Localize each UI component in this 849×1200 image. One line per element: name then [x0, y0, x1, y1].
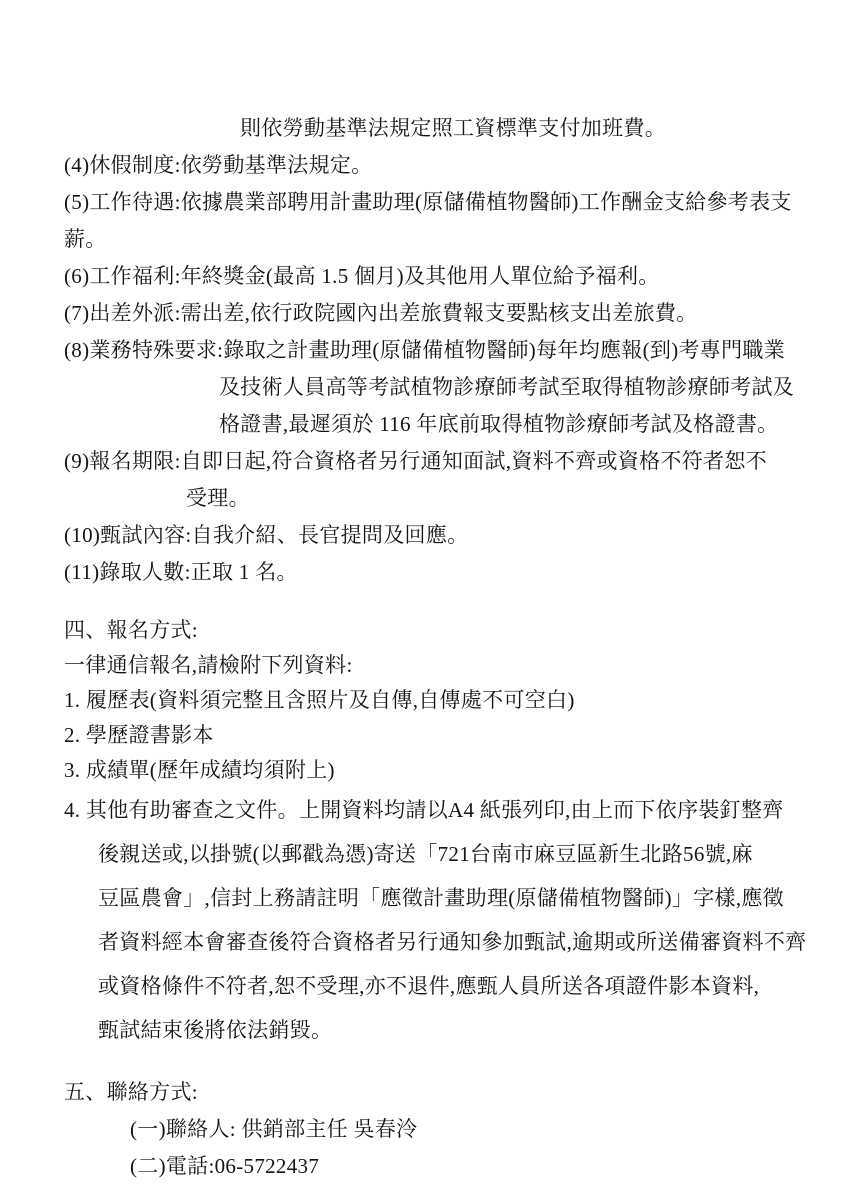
- application-doc-1: 1. 履歷表(資料須完整且含照片及自傳,自傳處不可空白): [64, 683, 791, 718]
- term-holiday-line: (4)休假制度:依勞動基準法規定。: [64, 147, 791, 184]
- application-doc-4-line-1: 4. 其他有助審查之文件。上開資料均請以A4 紙張列印,由上而下依序裝釘整齊: [64, 788, 791, 832]
- term-deadline-line-1: (9)報名期限:自即日起,符合資格者另行通知面試,資料不齊或資格不符者恕不: [64, 443, 791, 480]
- application-doc-4-line-5: 或資格條件不符者,恕不受理,亦不退件,應甄人員所送各項證件影本資料,: [98, 964, 791, 1008]
- application-doc-4-line-2: 後親送或,以掛號(以郵戳為憑)寄送「721台南市麻豆區新生北路56號,麻: [98, 832, 791, 876]
- term-special-line-1: (8)業務特殊要求:錄取之計畫助理(原儲備植物醫師)每年均應報(到)考專門職業: [64, 332, 791, 369]
- application-doc-4-line-6: 甄試結束後將依法銷毀。: [98, 1008, 791, 1052]
- term-travel-line: (7)出差外派:需出差,依行政院國內出差旅費報支要點核支出差旅費。: [64, 295, 791, 332]
- application-doc-3: 3. 成績單(歷年成績均須附上): [64, 753, 791, 788]
- term-salary-line-1: (5)工作待遇:依據農業部聘用計畫助理(原儲備植物醫師)工作酬金支給參考表支: [64, 184, 791, 221]
- contact-phone-line: (二)電話:06-5722437: [130, 1148, 791, 1185]
- term-benefits-line: (6)工作福利:年終獎金(最高 1.5 個月)及其他用人單位給予福利。: [64, 258, 791, 295]
- term-special-line-3: 格證書,最遲須於 116 年底前取得植物診療師考試及格證書。: [219, 406, 791, 443]
- application-doc-2: 2. 學歷證書影本: [64, 718, 791, 753]
- application-intro-line: 一律通信報名,請檢附下列資料:: [64, 648, 791, 683]
- term-interview-line: (10)甄試內容:自我介紹、長官提問及回應。: [64, 517, 791, 554]
- contact-section-heading: 五、聯絡方式:: [64, 1074, 791, 1111]
- contact-person-line: (一)聯絡人: 供銷部主任 吳春泠: [130, 1111, 791, 1148]
- term-openings-line: (11)錄取人數:正取 1 名。: [64, 554, 791, 591]
- application-doc-4-line-4: 者資料經本會審查後符合資格者另行通知參加甄試,逾期或所送備審資料不齊: [98, 920, 791, 964]
- application-section-heading: 四、報名方式:: [64, 613, 791, 648]
- overtime-note-line: 則依勞動基準法規定照工資標準支付加班費。: [240, 110, 791, 147]
- document-page: 則依勞動基準法規定照工資標準支付加班費。 (4)休假制度:依勞動基準法規定。 (…: [0, 0, 849, 1200]
- term-special-line-2: 及技術人員高等考試植物診療師考試至取得植物診療師考試及: [219, 369, 791, 406]
- application-doc-4-line-3: 豆區農會」,信封上務請註明「應徵計畫助理(原儲備植物醫師)」字樣,應徵: [98, 876, 791, 920]
- term-salary-line-2: 薪。: [64, 221, 791, 258]
- term-deadline-line-2: 受理。: [186, 480, 791, 517]
